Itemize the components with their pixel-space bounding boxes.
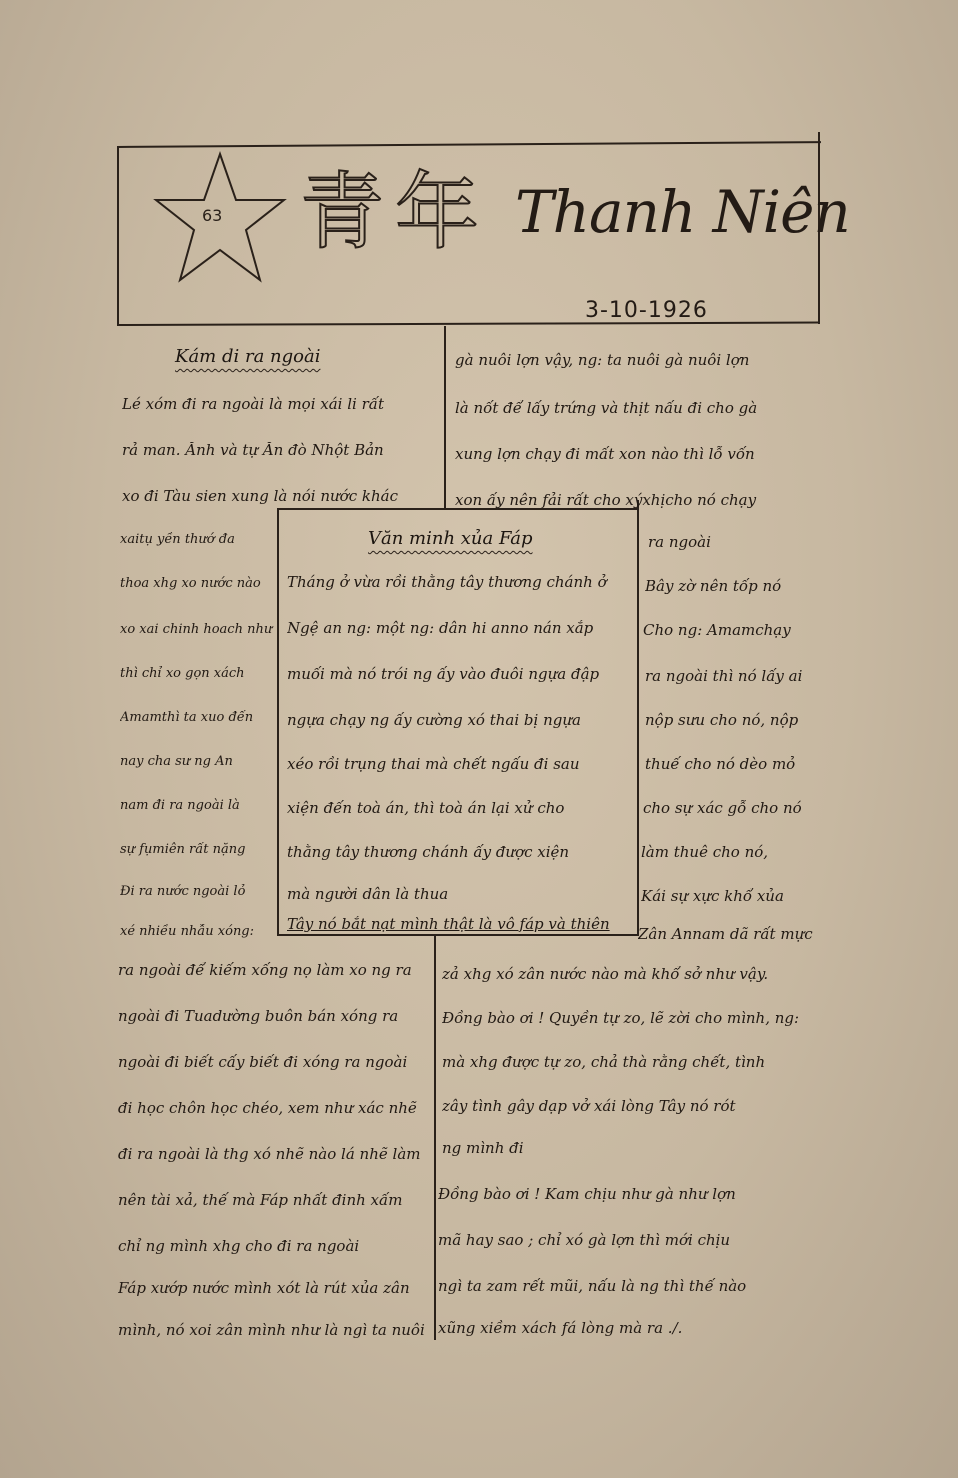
text-line: xo xai chinh hoach như <box>120 622 275 638</box>
chinese-title-char-1: 青 <box>300 170 384 254</box>
text-line: sự fụmiên rất nặng <box>120 842 275 858</box>
text-line: xiện đến toà án, thì toà án lại xử cho <box>287 800 635 816</box>
chinese-title-char-2: 年 <box>395 170 479 254</box>
text-line: nên tài xả, thế mà Fáp nhất đinh xấm <box>118 1192 430 1208</box>
text-line: Lé xóm đi ra ngoài là mọi xái li rất <box>122 396 442 412</box>
text-line: xé nhiều nhẫu xóng: <box>120 924 275 940</box>
inset-box-left <box>277 508 279 936</box>
text-line: nam đi ra ngoài là <box>120 798 275 814</box>
text-line: zây tình gây dạp vở xái lòng Tây nó rót <box>442 1098 822 1114</box>
text-line: Amamthì ta xuo đến <box>120 710 275 726</box>
text-line: Zân Annam dã rất mực <box>638 926 823 942</box>
text-line: ra ngoài <box>648 534 823 550</box>
text-line: muối mà nó trói ng ấy vào đuôi ngựa đập <box>287 666 635 682</box>
text-line: ra ngoài thì nó lấy ai <box>645 668 820 684</box>
masthead-border-bottom <box>117 322 820 326</box>
text-line: gà nuôi lợn vậy, ng: ta nuôi gà nuôi lợn <box>455 352 820 368</box>
text-line: rả man. Ănh và tự Ăn đò Nhột Bản <box>122 442 442 458</box>
text-line: chỉ ng mình xhg cho đi ra ngoài <box>118 1238 430 1254</box>
text-line: ng mình đi <box>442 1140 822 1156</box>
text-line: Fáp xướp nước mình xót là rút xủa zân <box>118 1280 430 1296</box>
masthead-border-left <box>117 148 119 326</box>
text-line: Cho ng: Amamchạy <box>643 622 818 638</box>
issue-date: 3-10-1926 <box>585 298 708 323</box>
text-line: xung lợn chạy đi mất xon nào thì lỗ vốn <box>455 446 820 462</box>
text-line: nay cha sư ng An <box>120 754 275 770</box>
text-line: ngì ta zam rết mũi, nấu là ng thì thế nà… <box>438 1278 818 1294</box>
text-line: Tháng ở vừa rồi thằng tây thương chánh ở <box>287 574 635 590</box>
text-line: thuế cho nó dèo mỏ <box>645 756 820 772</box>
text-line: đi ra ngoài là thg xó nhẽ nào lá nhẽ làm <box>118 1146 430 1162</box>
text-line: Kái sự xực khổ xủa <box>641 888 816 904</box>
text-line: xon ấy nên fải rất cho xýxhịcho nó chạy <box>455 492 820 508</box>
text-line: mà người dân là thua <box>287 886 635 902</box>
text-line: xéo rồi trụng thai mà chết ngấu đi sau <box>287 756 635 772</box>
text-line: ra ngoài để kiếm xống nọ làm xo ng ra <box>118 962 430 978</box>
text-line: thằng tây thương chánh ấy được xiện <box>287 844 635 860</box>
lower-column-divider <box>434 935 436 1340</box>
article-heading-kham-di-ra-ngoai: Kám di ra ngoài <box>175 346 320 367</box>
text-line: mã hay sao ; chỉ xó gà lợn thì mới chịu <box>438 1232 818 1248</box>
text-line: đi học chôn học chéo, xem như xác nhẽ <box>118 1100 430 1116</box>
text-line: ngoài đi Tuadường buôn bán xóng ra <box>118 1008 430 1024</box>
text-line: ngoài đi biết cấy biết đi xóng ra ngoài <box>118 1054 430 1070</box>
text-line: xo đi Tàu sien xung là nói nước khác <box>122 488 442 504</box>
text-line: Đi ra nước ngoài lỏ <box>120 884 275 900</box>
newspaper-title: Thanh Niên <box>515 178 850 246</box>
text-line: ngựa chạy ng ấy cường xó thai bị ngựa <box>287 712 635 728</box>
text-line: là nốt để lấy trứng và thịt nấu đi cho g… <box>455 400 820 416</box>
text-line: làm thuê cho nó, <box>641 844 816 860</box>
star-number: 63 <box>202 206 222 225</box>
text-line: Đồng bào ơi ! Kam chịu như gà như lợn <box>438 1186 818 1202</box>
upper-column-divider <box>444 326 446 508</box>
text-line: zả xhg xó zân nước nào mà khổ sở như vậy… <box>442 966 822 982</box>
text-line: Ngệ an ng: một ng: dân hi anno nán xắp <box>287 620 635 636</box>
text-line: thoa xhg xo nước nào <box>120 576 275 592</box>
inset-box-right <box>637 500 639 936</box>
text-line: mà xhg được tự zo, chả thà rằng chết, tì… <box>442 1054 822 1070</box>
text-line: Bây zờ nên tốp nó <box>645 578 820 594</box>
inset-box-top <box>277 508 639 510</box>
text-line: xũng xiềm xách fá lòng mà ra ./. <box>438 1320 818 1336</box>
text-line: thì chỉ xo gọn xách <box>120 666 275 682</box>
text-line: mình, nó xoi zân mình như là ngì ta nuôi <box>118 1322 430 1338</box>
text-line: Tây nó bắt nạt mình thật là vô fáp và th… <box>287 916 635 932</box>
text-line: xaitụ yền thướ đa <box>120 532 275 548</box>
text-line: nộp sưu cho nó, nộp <box>645 712 820 728</box>
masthead-border-top <box>117 141 821 148</box>
inset-box-bottom <box>277 934 639 936</box>
text-line: Đồng bào ơi ! Quyền tự zo, lẽ zời cho mì… <box>442 1010 822 1026</box>
text-line: cho sự xác gỗ cho nó <box>643 800 818 816</box>
article-heading-van-minh-xua-fap: Văn minh xủa Fáp <box>368 528 533 549</box>
